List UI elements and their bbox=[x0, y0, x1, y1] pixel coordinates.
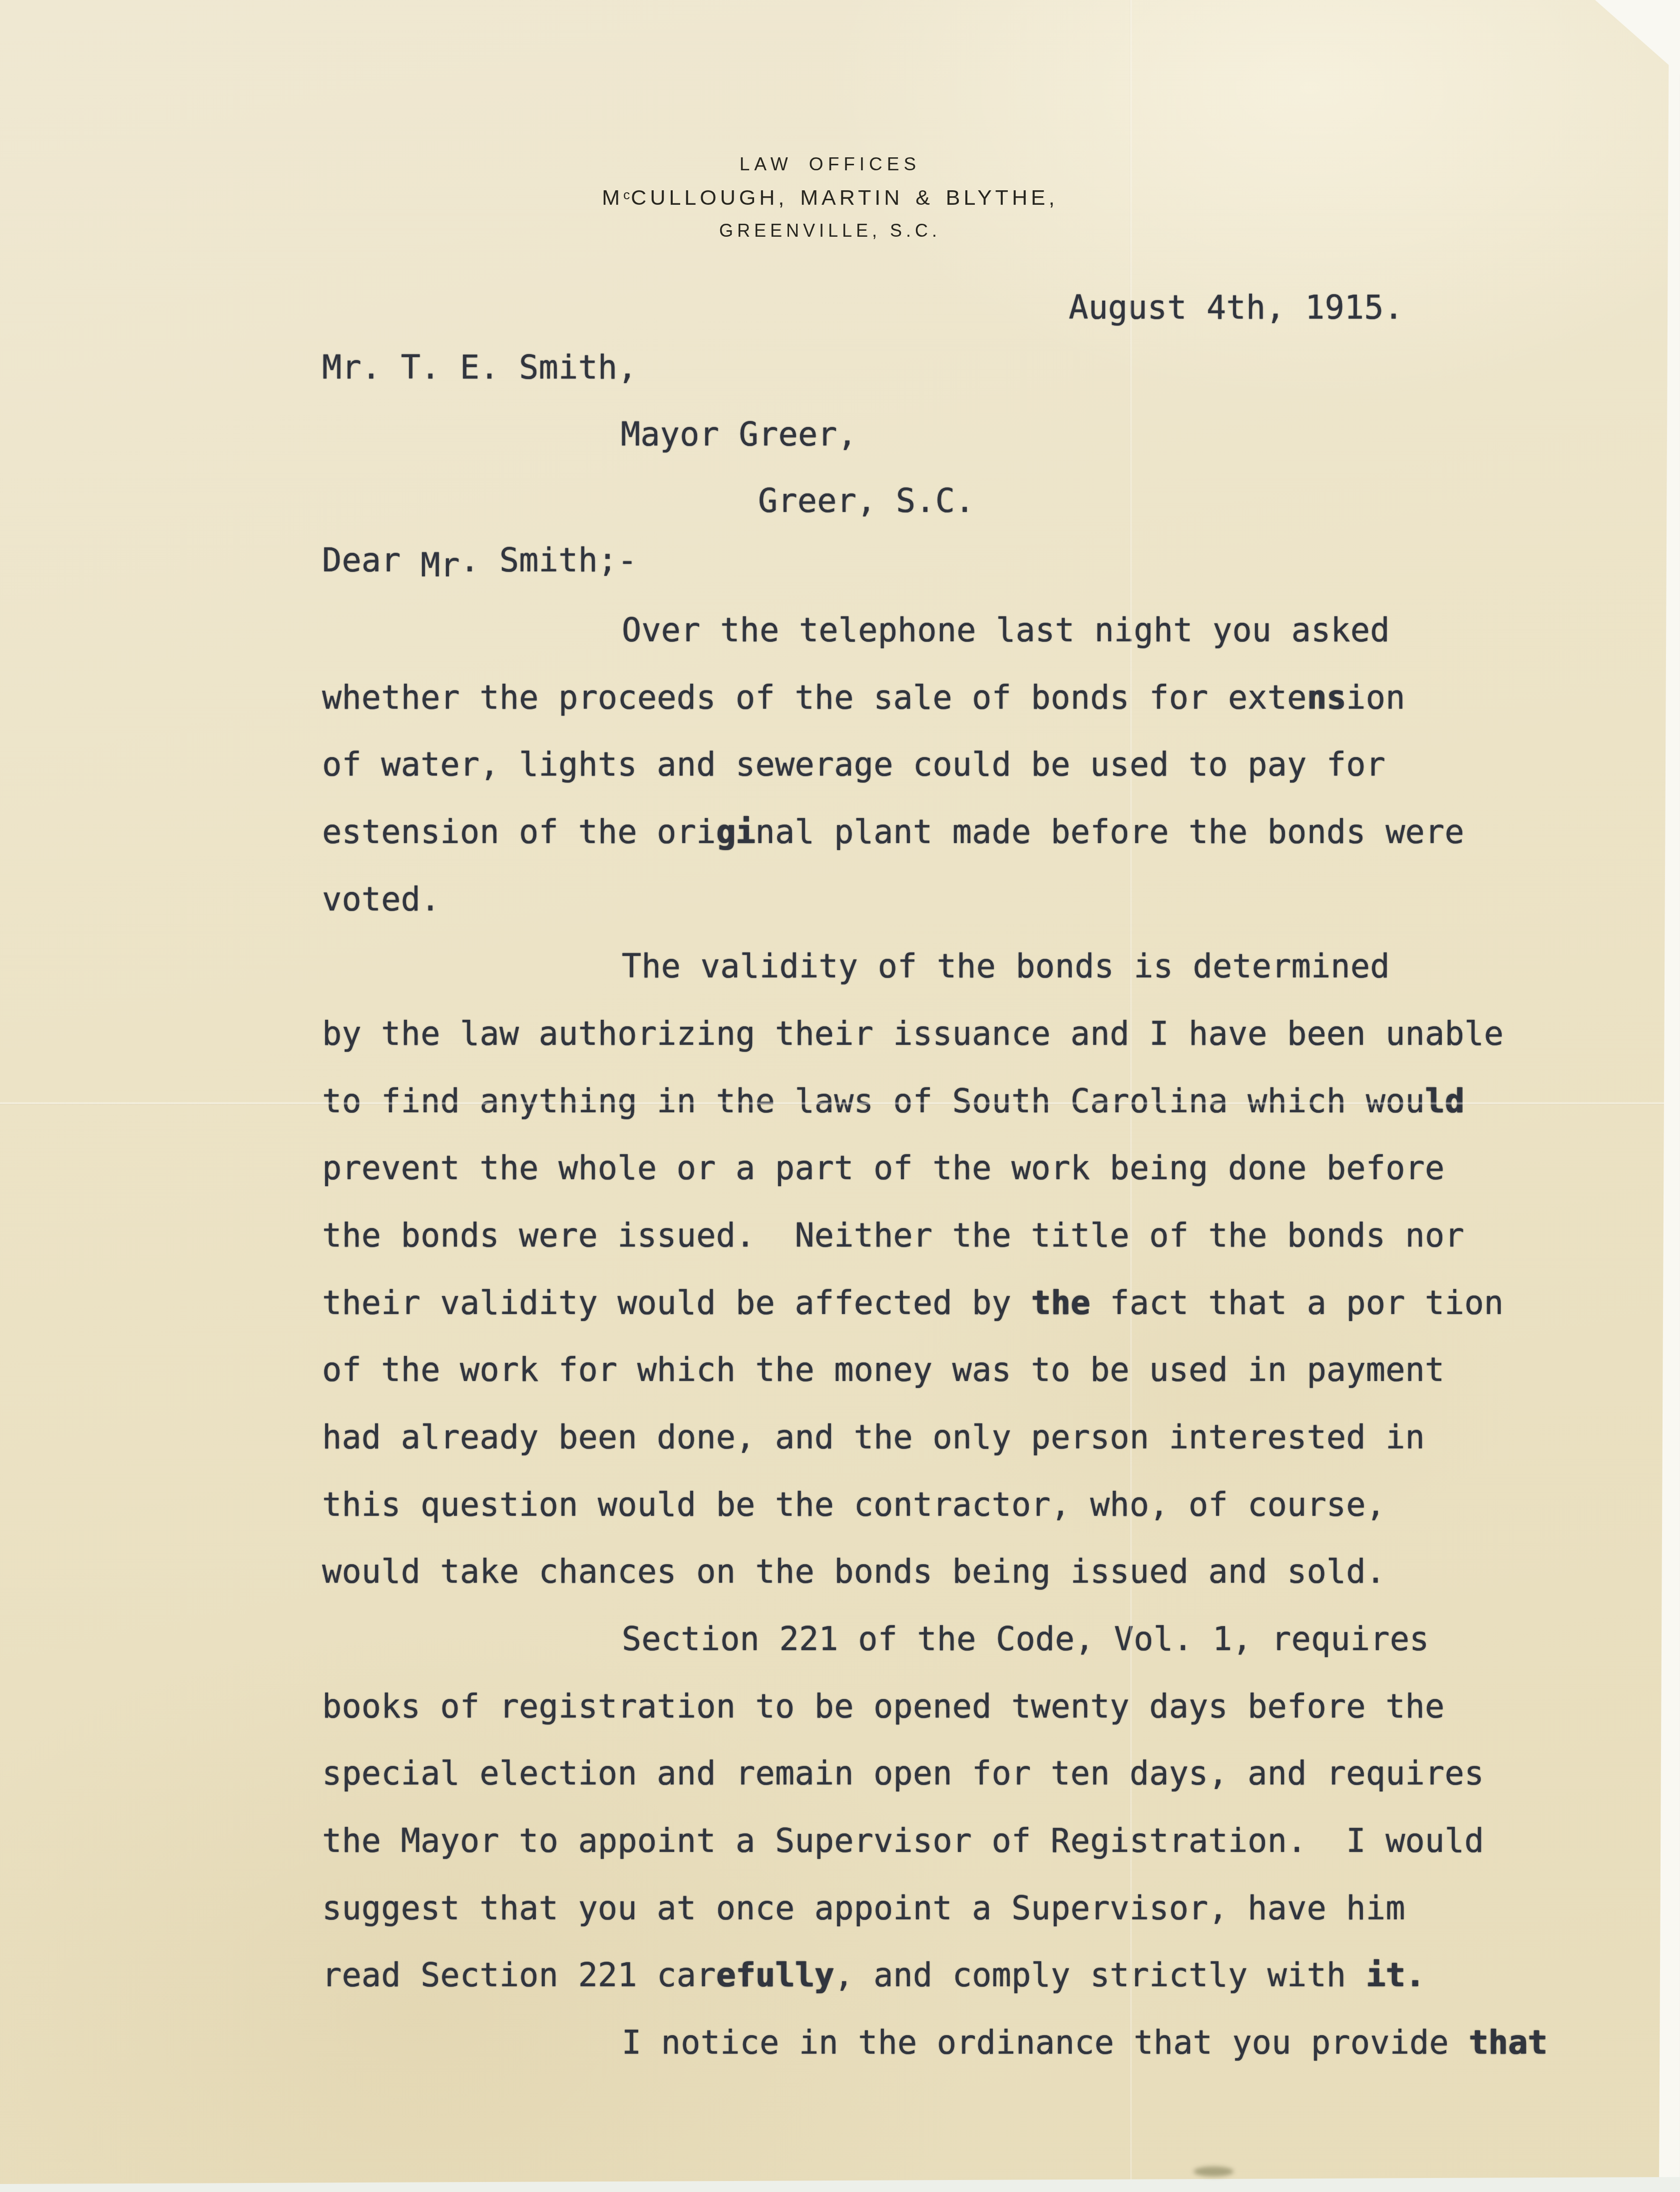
body-line-10: the bonds were issued. Neither the title… bbox=[322, 1220, 1464, 1252]
letterhead-firm-mc: M bbox=[602, 186, 623, 210]
letterhead-city: GREENVILLE, S.C. bbox=[602, 220, 1058, 241]
letterhead-firm-name: McCULLOUGH, MARTIN & BLYTHE, bbox=[602, 186, 1058, 210]
body-line-19: the Mayor to appoint a Supervisor of Reg… bbox=[322, 1825, 1484, 1857]
date-line: August 4th, 1915. bbox=[1069, 292, 1403, 324]
letterhead: LAW OFFICES McCULLOUGH, MARTIN & BLYTHE,… bbox=[602, 154, 1058, 241]
body-line-8: to find anything in the laws of South Ca… bbox=[322, 1085, 1464, 1118]
body-line-7: by the law authorizing their issuance an… bbox=[322, 1018, 1504, 1050]
body-line-2: whether the proceeds of the sale of bond… bbox=[322, 682, 1405, 714]
scan-top-right-corner bbox=[1585, 0, 1680, 75]
recipient-name-line: Mr. T. E. Smith, bbox=[322, 352, 637, 384]
letterhead-law-offices: LAW OFFICES bbox=[602, 154, 1058, 175]
ink-smudge bbox=[1194, 2167, 1234, 2177]
body-line-21: read Section 221 carefully, and comply s… bbox=[322, 1959, 1425, 1992]
body-line-16: Section 221 of the Code, Vol. 1, require… bbox=[622, 1623, 1429, 1656]
body-line-20: suggest that you at once appoint a Super… bbox=[322, 1892, 1405, 1925]
body-line-15: would take chances on the bonds being is… bbox=[322, 1556, 1385, 1588]
body-line-13: had already been done, and the only pers… bbox=[322, 1421, 1425, 1454]
salutation-line: Dear Mr. Smith;- bbox=[322, 544, 637, 577]
body-line-9: prevent the whole or a part of the work … bbox=[322, 1152, 1445, 1185]
recipient-title-line: Mayor Greer, bbox=[621, 419, 857, 451]
body-line-3: of water, lights and sewerage could be u… bbox=[322, 749, 1385, 781]
body-line-17: books of registration to be opened twent… bbox=[322, 1691, 1445, 1723]
scan-bottom-paper-edge bbox=[0, 2175, 1680, 2192]
letterhead-firm-mc-superscript: c bbox=[623, 187, 631, 202]
body-line-18: special election and remain open for ten… bbox=[322, 1757, 1484, 1790]
body-line-22: I notice in the ordinance that you provi… bbox=[622, 2027, 1547, 2059]
letterhead-firm-rest: CULLOUGH, MARTIN & BLYTHE, bbox=[631, 186, 1058, 210]
body-line-1: Over the telephone last night you asked bbox=[622, 614, 1390, 647]
body-line-14: this question would be the contractor, w… bbox=[322, 1489, 1385, 1521]
scan-right-paper-edge bbox=[1650, 0, 1680, 2192]
body-line-12: of the work for which the money was to b… bbox=[322, 1354, 1445, 1386]
recipient-city-line: Greer, S.C. bbox=[758, 485, 975, 517]
body-line-4: estension of the original plant made bef… bbox=[322, 816, 1464, 849]
body-line-11: their validity would be affected by the … bbox=[322, 1287, 1504, 1319]
document-scan: LAW OFFICES McCULLOUGH, MARTIN & BLYTHE,… bbox=[0, 0, 1680, 2192]
body-line-6: The validity of the bonds is determined bbox=[622, 950, 1390, 983]
body-line-5: voted. bbox=[322, 883, 440, 916]
